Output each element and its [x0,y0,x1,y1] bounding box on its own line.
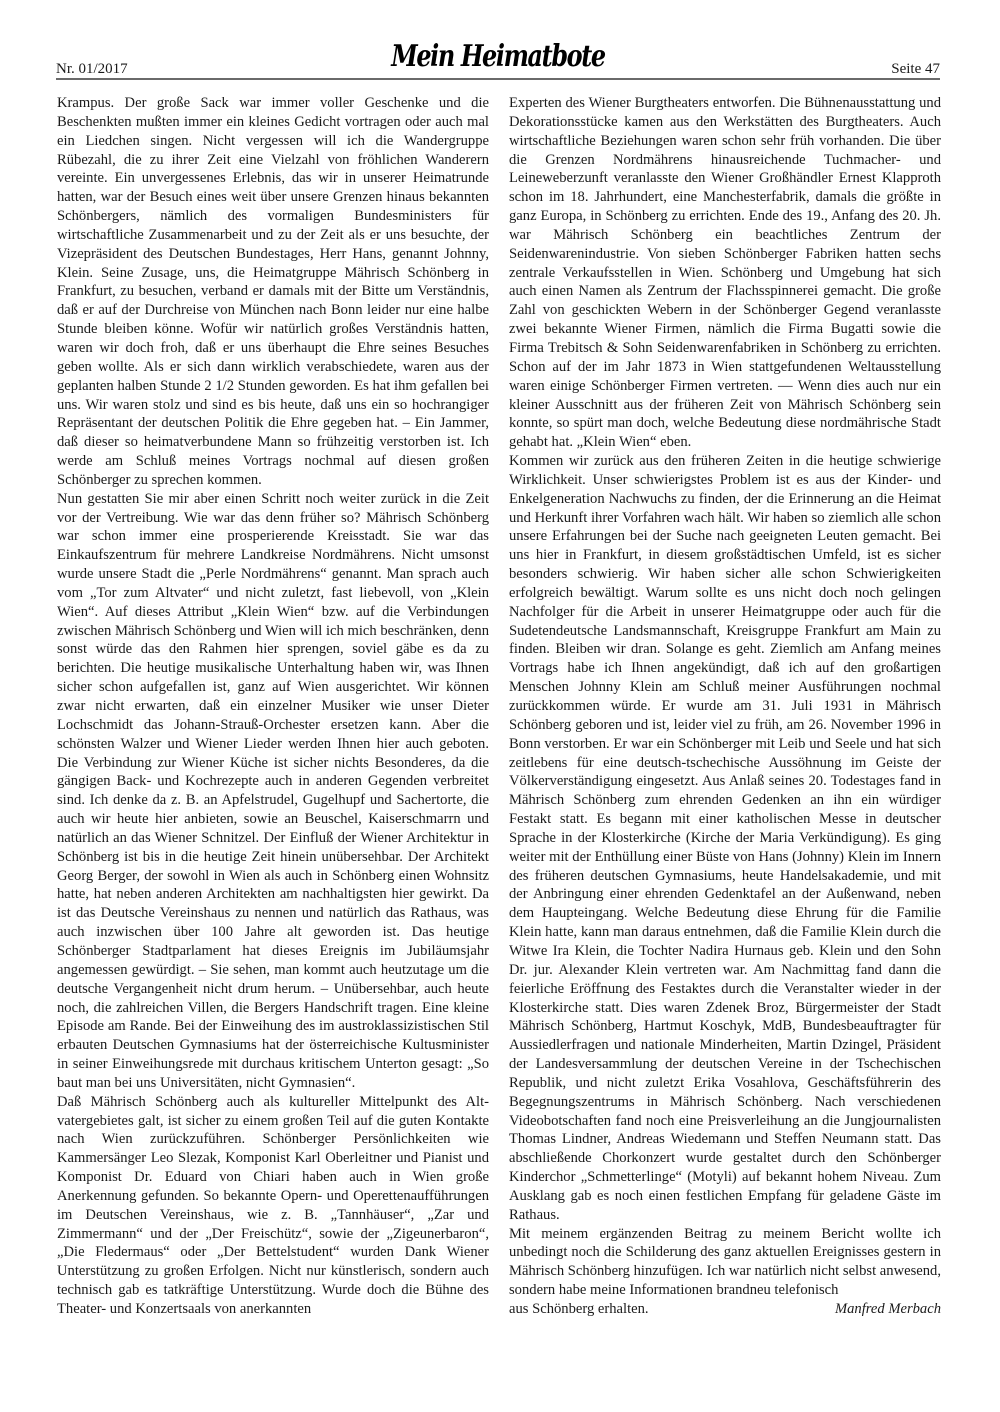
closing-text: aus Schönberg erhalten. [509,1300,649,1319]
masthead-logo: Mein Heimatbote [91,40,904,75]
author-name: Manfred Merbach [835,1300,941,1319]
paragraph: Nun gestatten Sie mir aber einen Schritt… [57,490,489,1093]
article-left-column: Krampus. Der große Sack war immer voller… [57,94,489,1319]
paragraph: Experten des Wiener Burgtheaters entworf… [509,94,941,452]
page-number: Seite 47 [891,61,940,78]
paragraph: Kommen wir zurück aus den früheren Zeite… [509,452,941,1225]
paragraph: Krampus. Der große Sack war immer voller… [57,94,489,490]
signature-line: aus Schönberg erhalten. Manfred Merbach [509,1300,941,1319]
paragraph: Daß Mährisch Schönberg auch als kulturel… [57,1093,489,1319]
article-right-column: Experten des Wiener Burgtheaters entworf… [509,94,941,1319]
page-header: Nr. 01/2017 Mein Heimatbote Seite 47 [56,40,940,80]
header-divider [56,78,940,80]
paragraph: Mit meinem ergänzenden Beitrag zu meinem… [509,1225,941,1300]
